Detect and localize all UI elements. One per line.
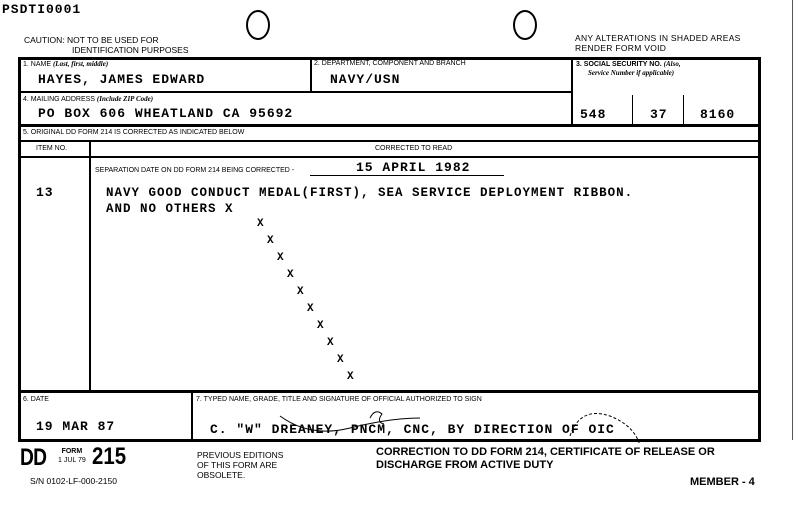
- form-number: 215: [92, 443, 126, 471]
- ssn-part-3: 8160: [700, 107, 735, 122]
- divider: [683, 95, 684, 125]
- item-no-header: ITEM NO.: [36, 145, 67, 152]
- caution-notice: CAUTION: NOT TO BE USED FOR IDENTIFICATI…: [24, 35, 189, 55]
- dd-mark: DD: [20, 444, 46, 472]
- x-mark: X: [327, 337, 335, 349]
- divider: [18, 156, 761, 158]
- page-edge: [792, 0, 793, 440]
- alterations-line-2: RENDER FORM VOID: [575, 43, 741, 53]
- name-value: HAYES, JAMES EDWARD: [38, 72, 205, 87]
- corrected-to-read-header: CORRECTED TO READ: [375, 145, 452, 152]
- previous-editions-note: PREVIOUS EDITIONS OF THIS FORM ARE OBSOL…: [197, 450, 283, 480]
- x-mark: X: [277, 252, 285, 264]
- form-edition: FORM 1 JUL 79: [58, 447, 86, 465]
- separation-date-value: 15 APRIL 1982: [310, 160, 504, 176]
- x-mark: X: [317, 320, 325, 332]
- serial-number: S/N 0102-LF-000-2150: [30, 476, 117, 486]
- department-value: NAVY/USN: [330, 72, 400, 87]
- correction-label: 5. ORIGINAL DD FORM 214 IS CORRECTED AS …: [23, 129, 244, 136]
- x-mark: X: [337, 354, 345, 366]
- ssn-part-1: 548: [580, 107, 606, 122]
- item-number: 13: [36, 185, 54, 200]
- copy-designation: MEMBER - 4: [690, 476, 755, 488]
- divider: [191, 392, 193, 440]
- punch-hole-right: [513, 10, 537, 40]
- divider: [18, 390, 761, 393]
- handwritten-signature: [270, 398, 690, 443]
- x-mark: X: [287, 269, 295, 281]
- address-label: 4. MAILING ADDRESS (Include ZIP Code): [23, 95, 153, 103]
- punch-hole-left: [246, 10, 270, 40]
- caution-line-2: IDENTIFICATION PURPOSES: [24, 45, 189, 55]
- caution-line-1: CAUTION: NOT TO BE USED FOR: [24, 35, 189, 45]
- document-id: PSDTI0001: [2, 2, 81, 17]
- ssn-label: 3. SOCIAL SECURITY NO. (Also, Service Nu…: [576, 60, 681, 78]
- x-mark: X: [257, 218, 265, 230]
- date-label: 6. DATE: [23, 396, 49, 403]
- alterations-notice: ANY ALTERATIONS IN SHADED AREAS RENDER F…: [575, 33, 741, 53]
- ssn-part-2: 37: [650, 107, 668, 122]
- separation-date-label: SEPARATION DATE ON DD FORM 214 BEING COR…: [95, 167, 294, 174]
- divider: [89, 141, 91, 391]
- alterations-line-1: ANY ALTERATIONS IN SHADED AREAS: [575, 33, 741, 43]
- x-mark: X: [347, 371, 355, 383]
- correction-text-line-1: NAVY GOOD CONDUCT MEDAL(FIRST), SEA SERV…: [106, 186, 633, 200]
- correction-text-line-2: AND NO OTHERS X: [106, 202, 234, 216]
- date-value: 19 MAR 87: [36, 419, 115, 434]
- divider: [18, 124, 761, 127]
- x-mark: X: [267, 235, 275, 247]
- divider: [18, 91, 572, 93]
- divider: [632, 95, 633, 125]
- address-value: PO BOX 606 WHEATLAND CA 95692: [38, 106, 293, 121]
- x-mark: X: [297, 286, 305, 298]
- name-label: 1. NAME (Last, first, middle): [23, 60, 108, 68]
- divider: [18, 140, 761, 142]
- department-label: 2. DEPARTMENT, COMPONENT AND BRANCH: [314, 60, 466, 67]
- x-mark: X: [307, 303, 315, 315]
- divider: [310, 58, 312, 92]
- form-title: CORRECTION TO DD FORM 214, CERTIFICATE O…: [376, 446, 715, 472]
